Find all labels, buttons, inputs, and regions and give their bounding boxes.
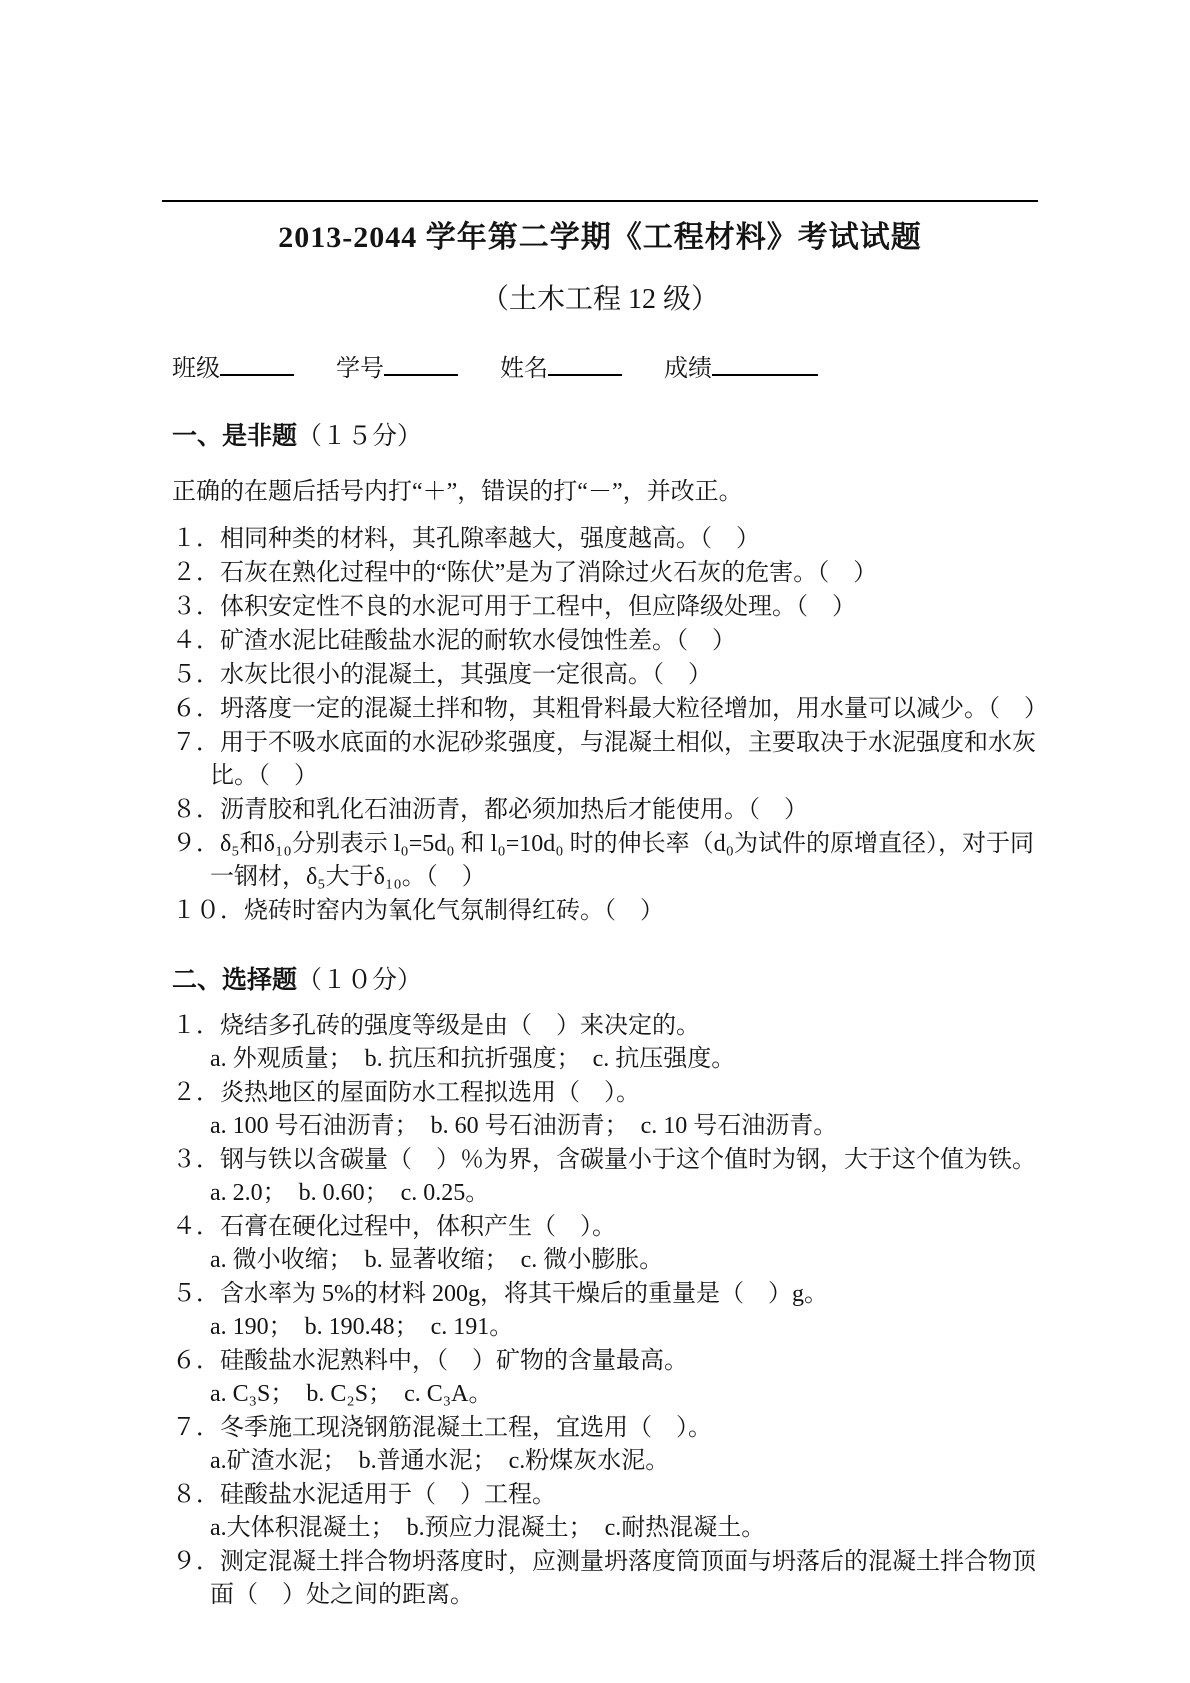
mc-question-text: ７．冬季施工现浇钢筋混凝土工程，宜选用（ ）。	[172, 1412, 1038, 1445]
tf-question-7: ７．用于不吸水底面的水泥砂浆强度，与混凝土相似，主要取决于水泥强度和水灰比。（ …	[172, 727, 1038, 793]
mc-question-options: a. 100 号石油沥青； b. 60 号石油沥青； c. 10 号石油沥青。	[210, 1110, 1038, 1143]
field-class: 班级	[172, 350, 294, 384]
mc-question-5: ５．含水率为 5%的材料 200g，将其干燥后的重量是（ ）g。 a. 190；…	[172, 1278, 1038, 1344]
mc-question-7: ７．冬季施工现浇钢筋混凝土工程，宜选用（ ）。 a.矿渣水泥； b.普通水泥； …	[172, 1412, 1038, 1478]
mc-question-options: a. 2.0； b. 0.60； c. 0.25。	[210, 1177, 1038, 1210]
tf-question-5: ５．水灰比很小的混凝土，其强度一定很高。（ ）	[172, 659, 1038, 692]
truefalse-question-list: １．相同种类的材料，其孔隙率越大，强度越高。（ ） ２．石灰在熟化过程中的“陈伏…	[172, 523, 1038, 928]
mc-question-6: ６．硅酸盐水泥熟料中，（ ）矿物的含量最高。 a. C₃S； b. C₂S； c…	[172, 1345, 1038, 1411]
mc-question-4: ４．石膏在硬化过程中，体积产生（ ）。 a. 微小收缩； b. 显著收缩； c.…	[172, 1211, 1038, 1277]
student-id-label: 学号	[336, 356, 384, 382]
field-student-id: 学号	[336, 350, 458, 384]
exam-paper-page: 2013-2044 学年第二学期《工程材料》考试试题 （土木工程 12 级） 班…	[0, 0, 1190, 1683]
section-truefalse-heading: 一、是非题（１５分）	[172, 420, 1038, 454]
mc-question-text: ２．炎热地区的屋面防水工程拟选用（ ）。	[172, 1077, 1038, 1110]
mc-question-options: a.矿渣水泥； b.普通水泥； c.粉煤灰水泥。	[210, 1445, 1038, 1478]
page-title: 2013-2044 学年第二学期《工程材料》考试试题	[162, 216, 1038, 260]
tf-question-9: ９．δ₅和δ₁₀分别表示 l₀=5d₀ 和 l₀=10d₀ 时的伸长率（d₀为试…	[172, 828, 1038, 894]
section-choice-points: （１０分）	[297, 967, 422, 994]
mc-question-3: ３．钢与铁以含碳量（ ）％为界，含碳量小于这个值时为钢，大于这个值为铁。 a. …	[172, 1144, 1038, 1210]
tf-question-8: ８．沥青胶和乳化石油沥青，都必须加热后才能使用。（ ）	[172, 794, 1038, 827]
mc-question-options: a. C₃S； b. C₂S； c. C₃A。	[210, 1378, 1038, 1411]
page-content: 2013-2044 学年第二学期《工程材料》考试试题 （土木工程 12 级） 班…	[0, 0, 1190, 1612]
section-choice-title: 二、选择题	[172, 967, 297, 994]
section-choice-heading: 二、选择题（１０分）	[172, 964, 1038, 998]
mc-question-text: ９．测定混凝土拌合物坍落度时，应测量坍落度筒顶面与坍落后的混凝土拌合物顶面（ ）…	[172, 1546, 1038, 1612]
mc-question-options: a.大体积混凝土； b.预应力混凝土； c.耐热混凝土。	[210, 1512, 1038, 1545]
mc-question-options: a. 190； b. 190.48； c. 191。	[210, 1311, 1038, 1344]
truefalse-instruction: 正确的在题后括号内打“＋”，错误的打“－”，并改正。	[172, 476, 1038, 509]
tf-question-10: １０．烧砖时窑内为氧化气氛制得红砖。（ ）	[172, 895, 1038, 928]
tf-question-4: ４．矿渣水泥比硅酸盐水泥的耐软水侵蚀性差。（ ）	[172, 625, 1038, 658]
class-blank	[220, 350, 294, 376]
mc-question-text: １．烧结多孔砖的强度等级是由（ ）来决定的。	[172, 1010, 1038, 1043]
tf-question-3: ３．体积安定性不良的水泥可用于工程中，但应降级处理。（ ）	[172, 591, 1038, 624]
mc-question-text: ５．含水率为 5%的材料 200g，将其干燥后的重量是（ ）g。	[172, 1278, 1038, 1311]
tf-question-1: １．相同种类的材料，其孔隙率越大，强度越高。（ ）	[172, 523, 1038, 556]
field-score: 成绩	[664, 350, 818, 384]
mc-question-9: ９．测定混凝土拌合物坍落度时，应测量坍落度筒顶面与坍落后的混凝土拌合物顶面（ ）…	[172, 1546, 1038, 1612]
name-label: 姓名	[500, 356, 548, 382]
score-blank	[712, 350, 818, 376]
section-truefalse-points: （１５分）	[297, 423, 422, 450]
score-label: 成绩	[664, 356, 712, 382]
mc-question-text: ４．石膏在硬化过程中，体积产生（ ）。	[172, 1211, 1038, 1244]
mc-question-2: ２．炎热地区的屋面防水工程拟选用（ ）。 a. 100 号石油沥青； b. 60…	[172, 1077, 1038, 1143]
tf-question-2: ２．石灰在熟化过程中的“陈伏”是为了消除过火石灰的危害。（ ）	[172, 557, 1038, 590]
student-info-row: 班级 学号 姓名 成绩	[172, 350, 1038, 384]
mc-question-text: ６．硅酸盐水泥熟料中，（ ）矿物的含量最高。	[172, 1345, 1038, 1378]
mc-question-text: ８．硅酸盐水泥适用于（ ）工程。	[172, 1479, 1038, 1512]
name-blank	[548, 350, 622, 376]
mc-question-8: ８．硅酸盐水泥适用于（ ）工程。 a.大体积混凝土； b.预应力混凝土； c.耐…	[172, 1479, 1038, 1545]
tf-question-6: ６．坍落度一定的混凝土拌和物，其粗骨料最大粒径增加，用水量可以减少。（ ）	[172, 693, 1038, 726]
field-name: 姓名	[500, 350, 622, 384]
mc-question-options: a. 微小收缩； b. 显著收缩； c. 微小膨胀。	[210, 1244, 1038, 1277]
mc-question-options: a. 外观质量； b. 抗压和抗折强度； c. 抗压强度。	[210, 1043, 1038, 1076]
top-divider	[162, 200, 1038, 202]
mc-question-1: １．烧结多孔砖的强度等级是由（ ）来决定的。 a. 外观质量； b. 抗压和抗折…	[172, 1010, 1038, 1076]
student-id-blank	[384, 350, 458, 376]
class-label: 班级	[172, 356, 220, 382]
page-subtitle: （土木工程 12 级）	[162, 280, 1038, 320]
section-truefalse-title: 一、是非题	[172, 423, 297, 450]
choice-question-list: １．烧结多孔砖的强度等级是由（ ）来决定的。 a. 外观质量； b. 抗压和抗折…	[172, 1010, 1038, 1612]
mc-question-text: ３．钢与铁以含碳量（ ）％为界，含碳量小于这个值时为钢，大于这个值为铁。	[172, 1144, 1038, 1177]
